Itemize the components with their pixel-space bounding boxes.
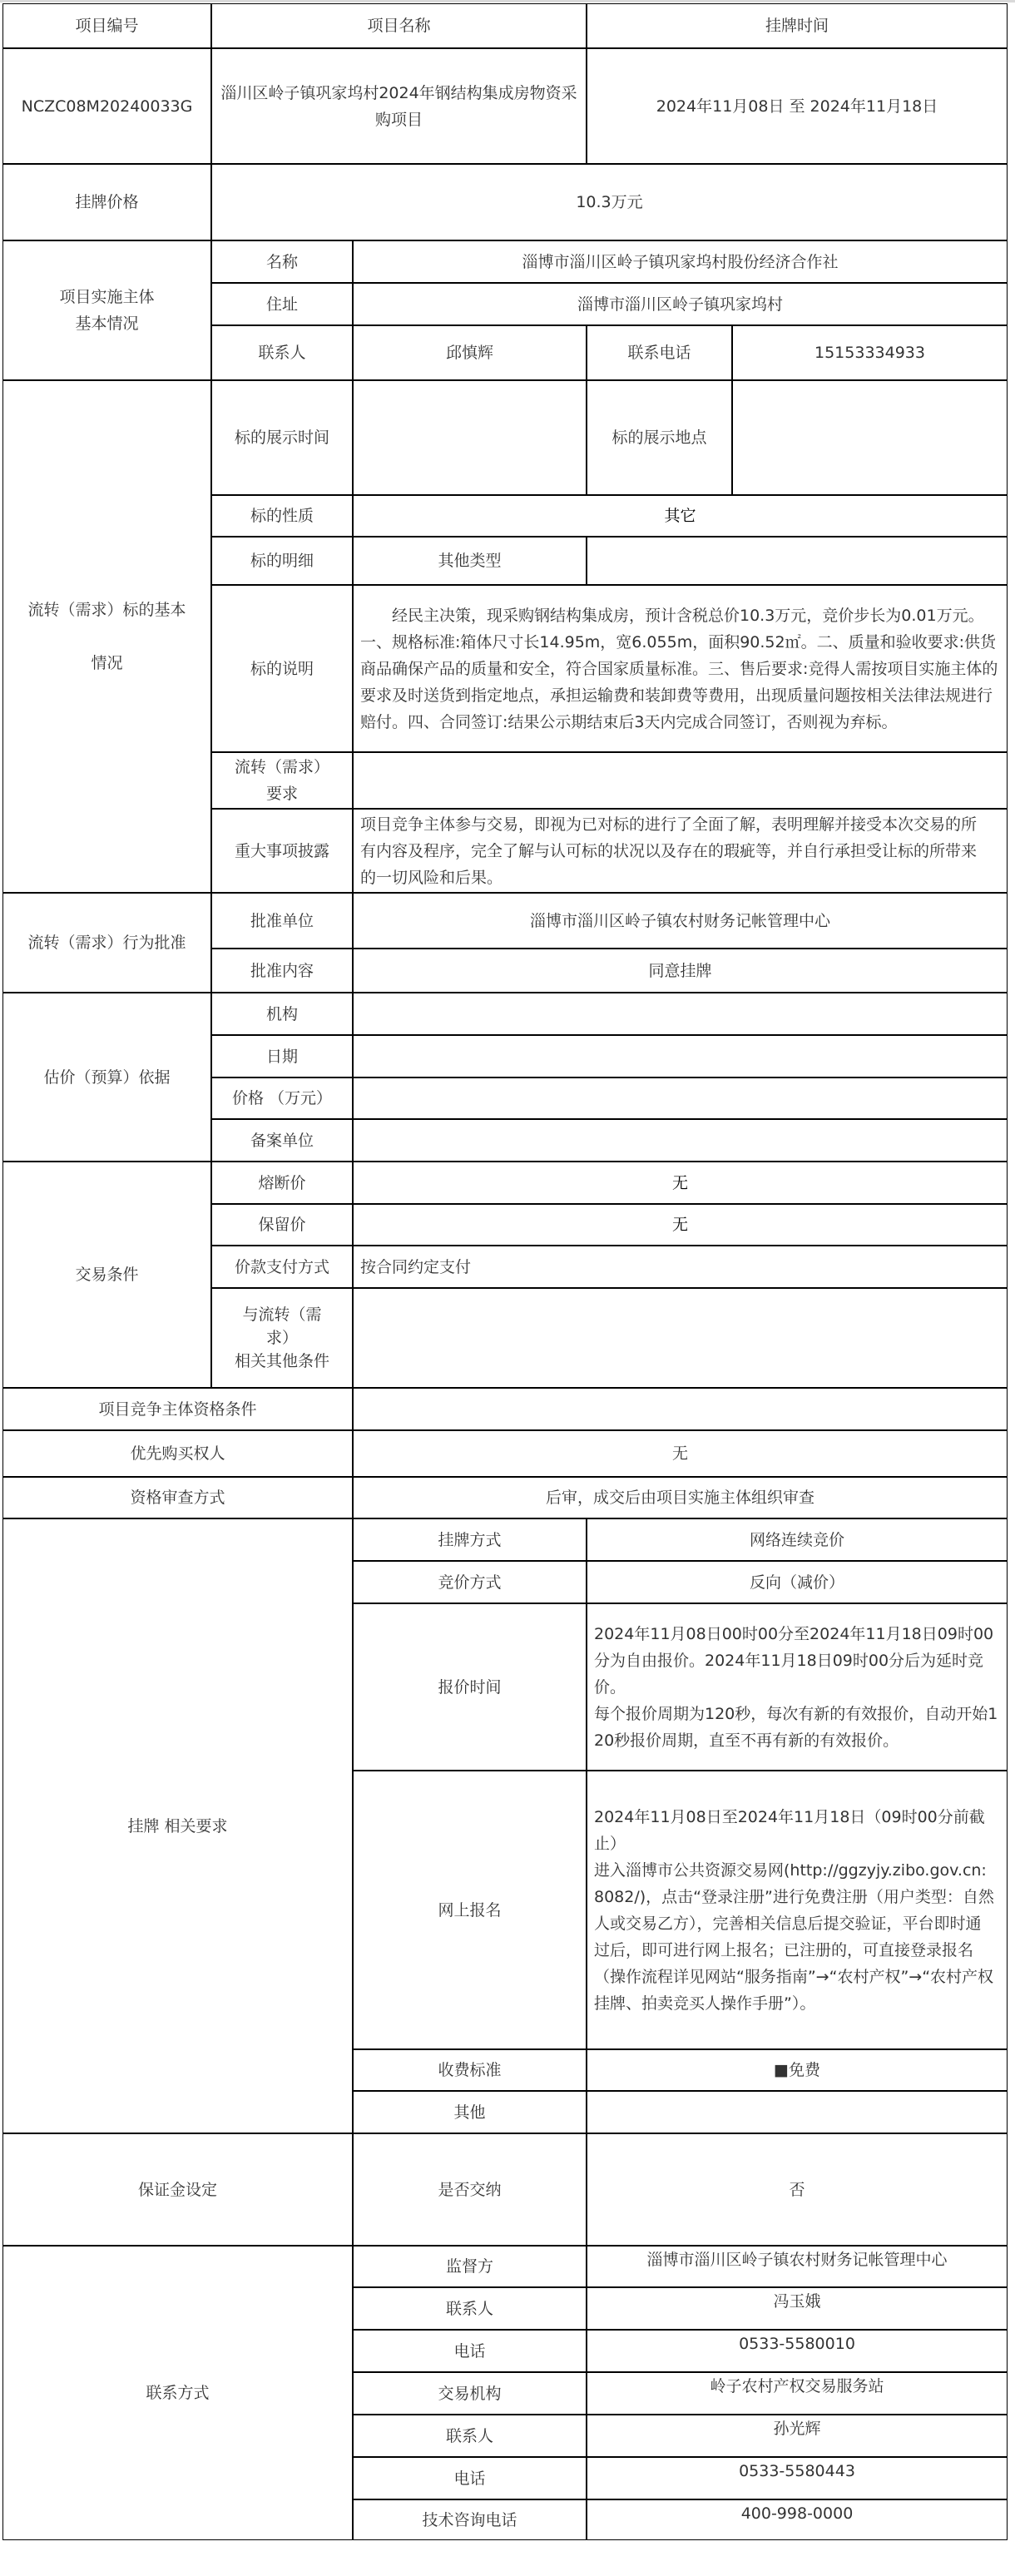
contact-row-value-cell: 400-998-0000 <box>587 2499 1008 2540</box>
fee-cell: ■免费 <box>587 2049 1008 2091</box>
contact-section-label: 联系方式 <box>146 2380 209 2406</box>
display-time-label-cell: 标的展示时间 <box>211 380 353 495</box>
contact-row-label-cell: 技术咨询电话 <box>353 2499 587 2540</box>
deposit-required-label: 是否交纳 <box>438 2177 501 2203</box>
supervisor-contact-label: 联系人 <box>446 2296 493 2322</box>
contact-row-label-cell: 电话 <box>353 2330 587 2372</box>
header-project-no: 项目编号 <box>2 3 211 48</box>
header-project-no-label: 项目编号 <box>75 12 138 39</box>
listing-method-label-cell: 挂牌方式 <box>353 1518 587 1561</box>
qualification-label-cell: 项目竞争主体资格条件 <box>2 1388 353 1430</box>
display-time-label: 标的展示时间 <box>235 424 329 451</box>
listing-time: 2024年11月08日 至 2024年11月18日 <box>656 93 938 120</box>
contact-row-label-cell: 交易机构 <box>353 2372 587 2415</box>
implementer-name-label-cell: 名称 <box>211 240 353 283</box>
reserve-price-cell: 无 <box>353 1204 1008 1246</box>
description-label-cell: 标的说明 <box>211 585 353 752</box>
listing-method: 网络连续竞价 <box>750 1527 844 1553</box>
display-place-label-cell: 标的展示地点 <box>587 380 732 495</box>
listing-price-label: 挂牌价格 <box>75 189 138 215</box>
contact-section-label-cell: 联系方式 <box>2 2246 353 2540</box>
header-project-name: 项目名称 <box>211 3 587 48</box>
review-label: 资格审查方式 <box>130 1484 225 1511</box>
online-signup-label: 网上报名 <box>438 1897 501 1924</box>
online-signup: 2024年11月08日至2024年11月18日（09时00分前截止） 进入淄博市… <box>594 1804 995 2017</box>
contact-row-value-cell: 岭子农村产权交易服务站 <box>587 2372 1008 2415</box>
circuit-price: 无 <box>672 1170 688 1196</box>
listing-req-section-label: 挂牌 相关要求 <box>127 1813 227 1840</box>
exchange-org-label: 交易机构 <box>438 2380 501 2407</box>
preemptive-cell: 无 <box>353 1430 1008 1477</box>
deposit-required: 否 <box>789 2177 805 2203</box>
contact-row-label-cell: 联系人 <box>353 2415 587 2457</box>
contact-row-label-cell: 电话 <box>353 2457 587 2499</box>
nature: 其它 <box>664 503 696 529</box>
nature-cell: 其它 <box>353 495 1008 537</box>
reserve-price-label: 保留价 <box>258 1211 305 1238</box>
implementer-phone-label: 联系电话 <box>627 339 691 366</box>
review-cell: 后审，成交后由项目实施主体组织审查 <box>353 1477 1008 1518</box>
valuation-date-label-cell: 日期 <box>211 1035 353 1077</box>
other-conditions-label: 与流转（需 求） 相关其他条件 <box>235 1303 329 1373</box>
approval-unit: 淄博市淄川区岭子镇农村财务记帐管理中心 <box>530 908 830 934</box>
implementer-phone-label-cell: 联系电话 <box>587 325 732 380</box>
contact-row-label-cell: 监督方 <box>353 2246 587 2287</box>
implementer-contact: 邱慎辉 <box>446 339 493 366</box>
valuation-date-cell <box>353 1035 1008 1077</box>
display-time-cell <box>353 380 587 495</box>
supervisor-label: 监督方 <box>446 2253 493 2280</box>
approval-content-cell: 同意挂牌 <box>353 949 1008 993</box>
implementer-name-label: 名称 <box>266 249 298 275</box>
circuit-price-label: 熔断价 <box>258 1170 305 1196</box>
valuation-org-label: 机构 <box>266 1001 298 1028</box>
approval-section-label-cell: 流转（需求）行为批准 <box>2 893 211 993</box>
bid-method-label: 竞价方式 <box>438 1569 501 1596</box>
requirement-label-cell: 流转（需求） 要求 <box>211 752 353 809</box>
exchange-contact-label: 联系人 <box>446 2423 493 2450</box>
valuation-section-label-cell: 估价（预算）依据 <box>2 993 211 1162</box>
supervisor-phone-value: 0533-5580010 <box>739 2331 855 2357</box>
valuation-price-label: 价格 （万元） <box>232 1085 332 1112</box>
supervisor-phone-label: 电话 <box>453 2338 485 2365</box>
implementer-address-label: 住址 <box>266 291 298 318</box>
exchange-phone-label: 电话 <box>453 2465 485 2492</box>
implementer-contact-label-cell: 联系人 <box>211 325 353 380</box>
tech-support-phone-value: 400-998-0000 <box>741 2500 854 2527</box>
description: 经民主决策，现采购钢结构集成房，预计含税总价10.3万元，竞价步长为0.01万元… <box>360 602 1000 736</box>
circuit-price-label-cell: 熔断价 <box>211 1162 353 1204</box>
listing-method-cell: 网络连续竞价 <box>587 1518 1008 1561</box>
valuation-filing-cell <box>353 1119 1008 1162</box>
supervisor-value: 淄博市淄川区岭子镇农村财务记帐管理中心 <box>646 2247 947 2273</box>
disclosure-label-cell: 重大事项披露 <box>211 809 353 893</box>
contact-row-value-cell: 冯玉娥 <box>587 2287 1008 2330</box>
disclosure-cell: 项目竞争主体参与交易，即视为已对标的进行了全面了解，表明理解并接受本次交易的所有… <box>353 809 1008 893</box>
deposit-section-label-cell: 保证金设定 <box>2 2133 353 2246</box>
exchange-contact-value: 孙光辉 <box>773 2415 820 2442</box>
header-listing-time-label: 挂牌时间 <box>765 12 829 39</box>
valuation-price-label-cell: 价格 （万元） <box>211 1077 353 1119</box>
project-no-cell: NCZC08M20240033G <box>2 48 211 164</box>
approval-content-label: 批准内容 <box>250 958 314 984</box>
preemptive-label: 优先购买权人 <box>130 1440 225 1467</box>
listing-price-value-cell: 10.3万元 <box>211 164 1008 240</box>
valuation-section-label: 估价（预算）依据 <box>43 1064 170 1091</box>
bid-method-label-cell: 竞价方式 <box>353 1561 587 1603</box>
subject-section-label: 流转（需求）标的基本情况 <box>23 583 191 690</box>
contact-row-value-cell: 0533-5580010 <box>587 2330 1008 2372</box>
implementer-section-label-cell: 项目实施主体 基本情况 <box>2 240 211 380</box>
approval-unit-label-cell: 批准单位 <box>211 893 353 949</box>
implementer-address-cell: 淄博市淄川区岭子镇巩家坞村 <box>353 283 1008 325</box>
deposit-required-cell: 否 <box>587 2133 1008 2246</box>
quote-time-label: 报价时间 <box>438 1674 501 1701</box>
review-label-cell: 资格审查方式 <box>2 1477 353 1518</box>
reserve-price: 无 <box>672 1211 688 1238</box>
quote-time-cell: 2024年11月08日00时00分至2024年11月18日09时00分为自由报价… <box>587 1603 1008 1771</box>
detail-extra-cell <box>587 537 1008 585</box>
qualification-label: 项目竞争主体资格条件 <box>98 1396 256 1423</box>
disclosure-label: 重大事项披露 <box>235 838 329 864</box>
approval-section-label: 流转（需求）行为批准 <box>27 925 186 960</box>
contact-row-value-cell: 淄博市淄川区岭子镇农村财务记帐管理中心 <box>587 2246 1008 2287</box>
fee-label: 收费标准 <box>438 2057 501 2083</box>
approval-unit-label: 批准单位 <box>250 908 314 934</box>
trade-conditions-section-label-cell: 交易条件 <box>2 1162 211 1388</box>
detail: 其他类型 <box>438 547 501 574</box>
other-conditions-label-cell: 与流转（需 求） 相关其他条件 <box>211 1288 353 1388</box>
project-no: NCZC08M20240033G <box>22 93 193 120</box>
listing-other-label-cell: 其他 <box>353 2091 587 2133</box>
contact-row-label-cell: 联系人 <box>353 2287 587 2330</box>
requirement-cell <box>353 752 1008 809</box>
supervisor-contact-value: 冯玉娥 <box>773 2288 820 2315</box>
deposit-section-label: 保证金设定 <box>138 2177 217 2203</box>
online-signup-label-cell: 网上报名 <box>353 1771 587 2049</box>
quote-time-label-cell: 报价时间 <box>353 1603 587 1771</box>
quote-time: 2024年11月08日00时00分至2024年11月18日09时00分为自由报价… <box>594 1621 1000 1754</box>
header-listing-time: 挂牌时间 <box>587 3 1008 48</box>
description-label: 标的说明 <box>250 656 314 682</box>
valuation-filing-label: 备案单位 <box>250 1127 314 1154</box>
description-cell: 经民主决策，现采购钢结构集成房，预计含税总价10.3万元，竞价步长为0.01万元… <box>353 585 1008 752</box>
listing-other-cell <box>587 2091 1008 2133</box>
valuation-filing-label-cell: 备案单位 <box>211 1119 353 1162</box>
implementer-address-label-cell: 住址 <box>211 283 353 325</box>
detail-cell: 其他类型 <box>353 537 587 585</box>
listing-other-label: 其他 <box>453 2099 485 2126</box>
implementer-phone-cell: 15153334933 <box>732 325 1008 380</box>
approval-content-label-cell: 批准内容 <box>211 949 353 993</box>
bid-method: 反向（减价） <box>750 1569 844 1596</box>
exchange-org-value: 岭子农村产权交易服务站 <box>710 2373 884 2400</box>
listing-announcement-table: 项目编号 项目名称 挂牌时间 NCZC08M20240033G 淄川区岭子镇巩家… <box>0 0 1015 2576</box>
nature-label-cell: 标的性质 <box>211 495 353 537</box>
project-name-cell: 淄川区岭子镇巩家坞村2024年钢结构集成房物资采购项目 <box>211 48 587 164</box>
online-signup-cell: 2024年11月08日至2024年11月18日（09时00分前截止） 进入淄博市… <box>587 1771 1008 2049</box>
valuation-date-label: 日期 <box>266 1043 298 1070</box>
listing-method-label: 挂牌方式 <box>438 1527 501 1553</box>
subject-section-label-cell: 流转（需求）标的基本情况 <box>2 380 211 893</box>
display-place-label: 标的展示地点 <box>611 424 706 451</box>
payment: 按合同约定支付 <box>360 1254 471 1281</box>
review: 后审，成交后由项目实施主体组织审查 <box>546 1484 814 1511</box>
implementer-name-cell: 淄博市淄川区岭子镇巩家坞村股份经济合作社 <box>353 240 1008 283</box>
listing-time-cell: 2024年11月08日 至 2024年11月18日 <box>587 48 1008 164</box>
detail-label-cell: 标的明细 <box>211 537 353 585</box>
valuation-org-cell <box>353 993 1008 1035</box>
requirement-label: 流转（需求） 要求 <box>235 754 329 807</box>
payment-label-cell: 价款支付方式 <box>211 1246 353 1288</box>
trade-conditions-section-label: 交易条件 <box>75 1261 138 1288</box>
contact-row-value-cell: 孙光辉 <box>587 2415 1008 2457</box>
implementer-phone: 15153334933 <box>814 339 925 366</box>
approval-content: 同意挂牌 <box>648 958 711 984</box>
payment-label: 价款支付方式 <box>235 1254 329 1281</box>
preemptive: 无 <box>672 1440 688 1467</box>
listing-price-label-cell: 挂牌价格 <box>2 164 211 240</box>
approval-unit-cell: 淄博市淄川区岭子镇农村财务记帐管理中心 <box>353 893 1008 949</box>
valuation-org-label-cell: 机构 <box>211 993 353 1035</box>
payment-cell: 按合同约定支付 <box>353 1246 1008 1288</box>
project-name: 淄川区岭子镇巩家坞村2024年钢结构集成房物资采购项目 <box>219 80 579 133</box>
implementer-name: 淄博市淄川区岭子镇巩家坞村股份经济合作社 <box>522 249 838 275</box>
valuation-price-cell <box>353 1077 1008 1119</box>
exchange-phone-value: 0533-5580443 <box>739 2458 855 2484</box>
disclosure: 项目竞争主体参与交易，即视为已对标的进行了全面了解，表明理解并接受本次交易的所有… <box>360 811 982 891</box>
fee: ■免费 <box>774 2057 820 2083</box>
display-place-cell <box>732 380 1008 495</box>
bid-method-cell: 反向（减价） <box>587 1561 1008 1603</box>
tech-support-phone-label: 技术咨询电话 <box>422 2507 517 2534</box>
contact-row-value-cell: 0533-5580443 <box>587 2457 1008 2499</box>
other-conditions-cell <box>353 1288 1008 1388</box>
detail-label: 标的明细 <box>250 547 314 574</box>
circuit-price-cell: 无 <box>353 1162 1008 1204</box>
fee-label-cell: 收费标准 <box>353 2049 587 2091</box>
implementer-section-label: 项目实施主体 基本情况 <box>59 284 154 337</box>
implementer-address: 淄博市淄川区岭子镇巩家坞村 <box>577 291 783 318</box>
qualification-cell <box>353 1388 1008 1430</box>
listing-price-value: 10.3万元 <box>576 189 642 215</box>
listing-req-section-label-cell: 挂牌 相关要求 <box>2 1518 353 2133</box>
header-project-name-label: 项目名称 <box>367 12 430 39</box>
deposit-required-label-cell: 是否交纳 <box>353 2133 587 2246</box>
preemptive-label-cell: 优先购买权人 <box>2 1430 353 1477</box>
nature-label: 标的性质 <box>250 503 314 529</box>
implementer-contact-cell: 邱慎辉 <box>353 325 587 380</box>
implementer-contact-label: 联系人 <box>258 339 305 366</box>
reserve-price-label-cell: 保留价 <box>211 1204 353 1246</box>
